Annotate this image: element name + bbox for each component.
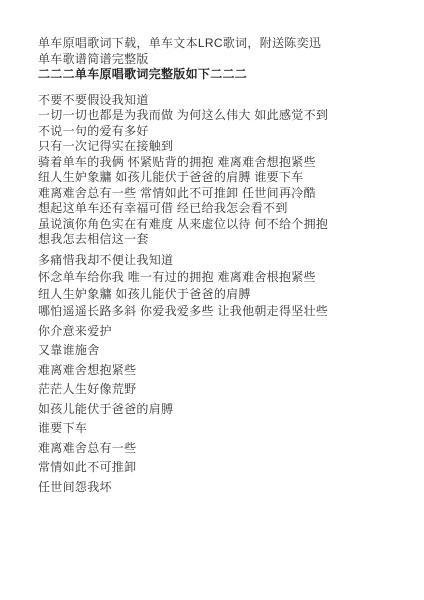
lyric-line: 如孩儿能伏于爸爸的肩膊 xyxy=(38,400,396,420)
header-block: 单车原唱歌词下载，单车文本LRC歌词，附送陈奕迅单车歌谱简谱完整版二二二单车原唱… xyxy=(38,36,396,83)
lyric-line: 骑着单车的我俩 怀紧贴背的拥抱 难离难舍想抱紧些 xyxy=(38,155,396,171)
lyric-line: 难离难舍总有一些 常情如此不可推卸 任世间再冷酷 xyxy=(38,186,396,202)
lyric-line: 你介意来爱护 xyxy=(38,322,396,342)
lyric-line: 想起这单车还有幸福可借 经已给我怎会看不到 xyxy=(38,201,396,217)
lyric-line: 谁要下车 xyxy=(38,419,396,439)
lyric-line: 难离难舍总有一些 xyxy=(38,439,396,459)
lyric-line: 不要不要假设我知道 xyxy=(38,93,396,109)
lyric-line: 只有一次记得实在接触到 xyxy=(38,139,396,155)
lyrics-bridge-block: 多痛惜我却不便让我知道怀念单车给你我 唯一有过的拥抱 难离难舍根抱紧些纽人生妒象… xyxy=(38,252,396,320)
lyric-line: 常情如此不可推卸 xyxy=(38,458,396,478)
lyric-line: 纽人生妒象牅 如孩儿能伏于爸爸的肩膊 谁要下车 xyxy=(38,170,396,186)
lyric-line: 一切一切也都是为我而做 为何这么伟大 如此感觉不到 xyxy=(38,108,396,124)
lyric-line: 茫茫人生好像荒野 xyxy=(38,380,396,400)
lyric-line: 不说一句的爱有多好 xyxy=(38,124,396,140)
lyric-line: 想我怎去相信这一套 xyxy=(38,232,396,248)
lyric-line: 多痛惜我却不便让我知道 xyxy=(38,252,396,269)
header-line: 单车歌谱简谱完整版 xyxy=(38,52,396,68)
header-line: 单车原唱歌词下载，单车文本LRC歌词，附送陈奕迅 xyxy=(38,36,396,52)
lyric-line: 难离难舍想抱紧些 xyxy=(38,361,396,381)
lyric-line: 又靠谁施舍 xyxy=(38,341,396,361)
lyric-line: 任世间怨我坏 xyxy=(38,478,396,498)
lyric-line: 虽说演你角色实在有难度 从来虚位以待 何不给个拥抱 xyxy=(38,217,396,233)
lyrics-verse-block: 不要不要假设我知道一切一切也都是为我而做 为何这么伟大 如此感觉不到不说一句的爱… xyxy=(38,93,396,248)
lyric-line: 怀念单车给你我 唯一有过的拥抱 难离难舍根抱紧些 xyxy=(38,269,396,286)
lyric-line: 哪怕遥遥长路多斜 你爱我爱多些 让我他朝走得坚壮些 xyxy=(38,303,396,320)
lyrics-page: 单车原唱歌词下载，单车文本LRC歌词，附送陈奕迅单车歌谱简谱完整版二二二单车原唱… xyxy=(0,0,424,600)
lyrics-outro-block: 你介意来爱护又靠谁施舍难离难舍想抱紧些茫茫人生好像荒野如孩儿能伏于爸爸的肩膊谁要… xyxy=(38,322,396,498)
header-line: 二二二单车原唱歌词完整版如下二二二 xyxy=(38,67,396,83)
lyric-line: 纽人生妒象牅 如孩儿能伏于爸爸的肩膊 xyxy=(38,286,396,303)
